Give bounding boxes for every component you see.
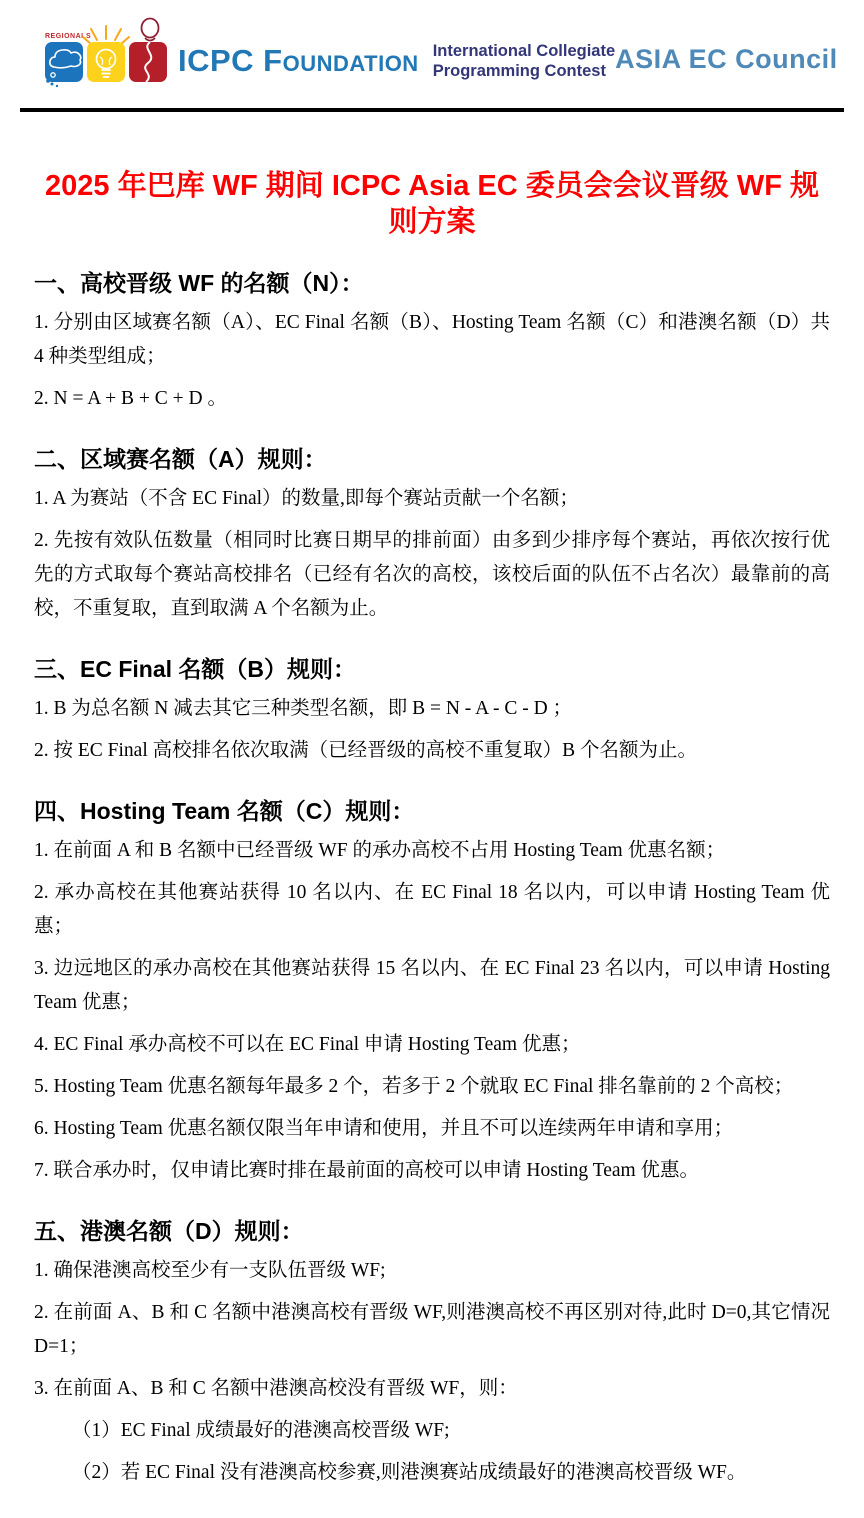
rule-subitem: （2）若 EC Final 没有港澳高校参赛,则港澳赛站成绩最好的港澳高校晋级 … <box>34 1456 830 1490</box>
rule-subitem: （1）EC Final 成绩最好的港澳高校晋级 WF; <box>34 1414 830 1448</box>
rule-item: 2. N = A + B + C + D 。 <box>34 382 830 416</box>
section-hkmacau-d: 五、港澳名额（D）规则： 1. 确保港澳高校至少有一支队伍晋级 WF; 2. 在… <box>34 1216 830 1490</box>
section-ecfinal-b: 三、EC Final 名额（B）规则： 1. B 为总名额 N 减去其它三种类型… <box>34 654 830 768</box>
contest-subtitle-line2: Programming Contest <box>433 61 615 81</box>
rule-item: 3. 边远地区的承办高校在其他赛站获得 15 名以内、在 EC Final 23… <box>34 952 830 1020</box>
header: REGIONALS <box>34 0 830 98</box>
rule-item: 2. 按 EC Final 高校排名依次取满（已经晋级的高校不重复取）B 个名额… <box>34 734 830 768</box>
section-hosting-c: 四、Hosting Team 名额（C）规则： 1. 在前面 A 和 B 名额中… <box>34 796 830 1188</box>
rule-item: 6. Hosting Team 优惠名额仅限当年申请和使用，并且不可以连续两年申… <box>34 1112 830 1146</box>
rule-item: 1. A 为赛站（不含 EC Final）的数量,即每个赛站贡献一个名额； <box>34 482 830 516</box>
section-heading: 五、港澳名额（D）规则： <box>34 1216 830 1246</box>
section-heading: 四、Hosting Team 名额（C）规则： <box>34 796 830 826</box>
balloon-icon <box>129 19 167 83</box>
rule-item: 2. 在前面 A、B 和 C 名额中港澳高校有晋级 WF,则港澳高校不再区别对待… <box>34 1296 830 1364</box>
foundation-label: ICPC Foundation <box>178 43 419 79</box>
document-body: 2025 年巴库 WF 期间 ICPC Asia EC 委员会会议晋级 WF 规… <box>34 168 830 1490</box>
rule-item: 1. 分别由区域赛名额（A）、EC Final 名额（B）、Hosting Te… <box>34 306 830 374</box>
council-label: ASIA EC Council <box>615 44 838 75</box>
section-quota-n: 一、高校晋级 WF 的名额（N）： 1. 分别由区域赛名额（A）、EC Fina… <box>34 268 830 416</box>
section-heading: 三、EC Final 名额（B）规则： <box>34 654 830 684</box>
rule-item: 1. 在前面 A 和 B 名额中已经晋级 WF 的承办高校不占用 Hosting… <box>34 834 830 868</box>
rule-item: 7. 联合承办时，仅申请比赛时排在最前面的高校可以申请 Hosting Team… <box>34 1154 830 1188</box>
rule-item: 1. B 为总名额 N 减去其它三种类型名额，即 B = N - A - C -… <box>34 692 830 726</box>
document-page: REGIONALS <box>0 0 864 1518</box>
rule-item: 3. 在前面 A、B 和 C 名额中港澳高校没有晋级 WF，则： <box>34 1372 830 1406</box>
rule-item: 1. 确保港澳高校至少有一支队伍晋级 WF; <box>34 1254 830 1288</box>
rule-item: 2. 承办高校在其他赛站获得 10 名以内、在 EC Final 18 名以内，… <box>34 876 830 944</box>
section-heading: 二、区域赛名额（A）规则： <box>34 444 830 474</box>
rule-item: 4. EC Final 承办高校不可以在 EC Final 申请 Hosting… <box>34 1028 830 1062</box>
contest-subtitle-line1: International Collegiate <box>433 41 615 61</box>
section-heading: 一、高校晋级 WF 的名额（N）： <box>34 268 830 298</box>
section-regional-a: 二、区域赛名额（A）规则： 1. A 为赛站（不含 EC Final）的数量,即… <box>34 444 830 626</box>
rule-item: 5. Hosting Team 优惠名额每年最多 2 个，若多于 2 个就取 E… <box>34 1070 830 1104</box>
regionals-cloud-icon <box>45 42 83 87</box>
header-divider <box>20 108 844 112</box>
icpc-logo-icon: REGIONALS <box>42 17 170 95</box>
rule-item: 2. 先按有效队伍数量（相同时比赛日期早的排前面）由多到少排序每个赛站，再依次按… <box>34 524 830 626</box>
doc-title: 2025 年巴库 WF 期间 ICPC Asia EC 委员会会议晋级 WF 规… <box>34 168 830 240</box>
contest-subtitle: International Collegiate Programming Con… <box>433 41 615 81</box>
